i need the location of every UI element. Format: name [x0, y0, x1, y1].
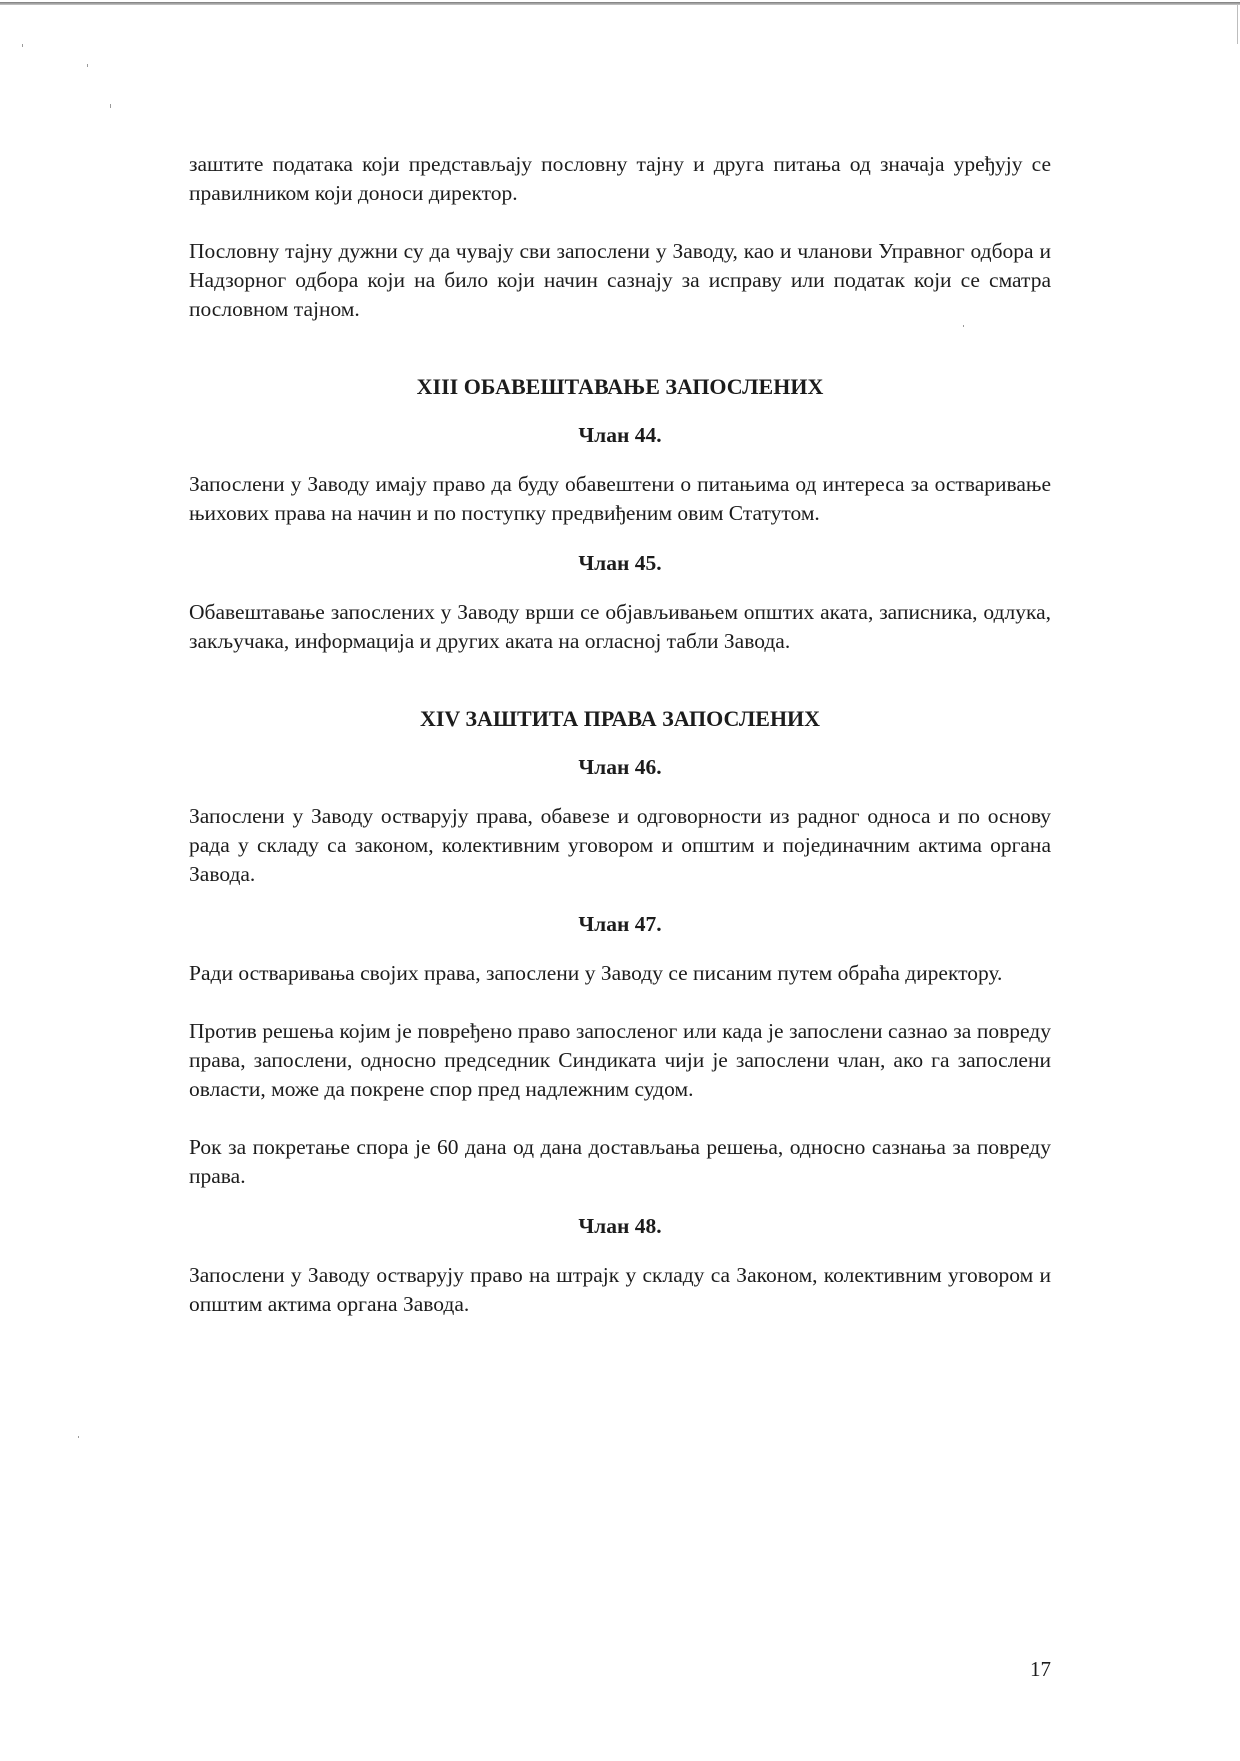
article-heading: Члан 46. — [189, 752, 1051, 782]
paragraph: Пословну тајну дужни су да чувају сви за… — [189, 237, 1051, 324]
paragraph: Обавештавање запослених у Заводу врши се… — [189, 598, 1051, 656]
article-heading: Члан 44. — [189, 420, 1051, 450]
document-page: заштите података који представљају посло… — [189, 150, 1051, 1319]
article-heading: Члан 48. — [189, 1211, 1051, 1241]
paragraph: Против решења којим је повређено право з… — [189, 1017, 1051, 1104]
article-heading: Члан 47. — [189, 909, 1051, 939]
paragraph: Ради остваривања својих права, запослени… — [189, 959, 1051, 988]
scan-border-right — [1237, 4, 1238, 44]
paragraph: Запослени у Заводу остварују права, обав… — [189, 802, 1051, 889]
scan-speck — [22, 44, 23, 47]
scan-border-top — [0, 2, 1240, 5]
paragraph: Рок за покретање спора је 60 дана од дан… — [189, 1133, 1051, 1191]
section-title: XIII ОБАВЕШТАВАЊЕ ЗАПОСЛЕНИХ — [189, 372, 1051, 402]
article-heading: Члан 45. — [189, 548, 1051, 578]
scan-speck — [78, 1436, 79, 1438]
section-title: XIV ЗАШТИТА ПРАВА ЗАПОСЛЕНИХ — [189, 704, 1051, 734]
paragraph: Запослени у Заводу остварују право на шт… — [189, 1261, 1051, 1319]
page-number: 17 — [1030, 1656, 1051, 1682]
scan-speck — [87, 64, 88, 67]
paragraph: заштите података који представљају посло… — [189, 150, 1051, 208]
scan-speck — [110, 104, 111, 108]
paragraph: Запослени у Заводу имају право да буду о… — [189, 470, 1051, 528]
